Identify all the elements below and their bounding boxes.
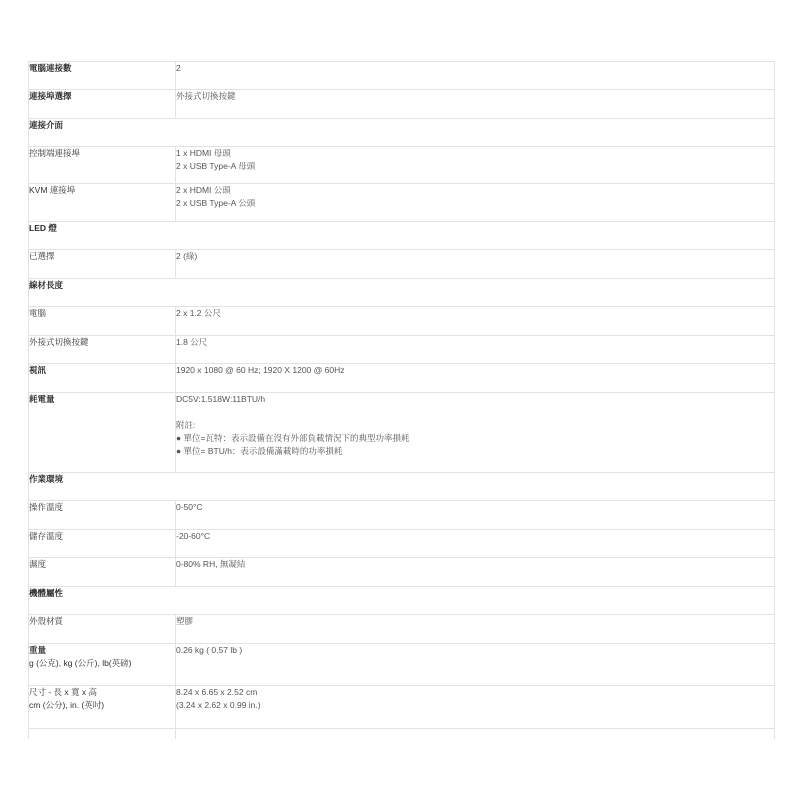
value-line: (3.24 x 2.62 x 0.99 in.) [176, 699, 774, 712]
value-line: 1 x HDMI 母頭 [176, 147, 774, 160]
section-heading: 線材長度 [29, 279, 775, 307]
spec-row-cable-switch: 外接式切換按鍵 1.8 公尺 [29, 336, 775, 364]
weight-units: g (公克), kg (公斤), lb(英磅) [29, 657, 175, 670]
spec-label: 外殼材質 [29, 615, 176, 644]
section-heading: 連接介面 [29, 119, 775, 147]
note-title: 附註: [176, 419, 774, 432]
spec-value: 0.26 kg ( 0.57 lb ) [176, 644, 775, 686]
spec-row-housing: 外殼材質 塑膠 [29, 615, 775, 644]
value-line: 2 x USB Type-A 公頭 [176, 197, 774, 210]
spec-section-physical: 機體屬性 [29, 587, 775, 615]
spec-row-cutoff [29, 729, 775, 739]
value-line: 2 x HDMI 公頭 [176, 184, 774, 197]
spec-row-power-consumption: 耗電量 DC5V:1.518W:11BTU/h 附註: ● 單位=瓦特：表示設備… [29, 393, 775, 473]
spec-row-port-selection: 連接埠選擇 外接式切換按鍵 [29, 90, 775, 119]
spec-label: 電腦 [29, 307, 176, 336]
section-heading: 作業環境 [29, 473, 775, 501]
weight-label: 重量 [29, 644, 175, 657]
dimensions-units: cm (公分), in. (英吋) [29, 699, 175, 712]
spec-label: KVM 連接埠 [29, 184, 176, 222]
spec-value: 塑膠 [176, 615, 775, 644]
spec-value: 1.8 公尺 [176, 336, 775, 364]
spec-row-operating-temp: 操作溫度 0-50°C [29, 501, 775, 530]
spec-value: 0-80% RH, 無凝結 [176, 558, 775, 587]
spec-row-computer-connections: 電腦連接數 2 [29, 62, 775, 90]
spec-value: 0-50°C [176, 501, 775, 530]
spec-table: 電腦連接數 2 連接埠選擇 外接式切換按鍵 連接介面 控制端連接埠 1 x HD… [28, 61, 775, 739]
spec-section-cable-length: 線材長度 [29, 279, 775, 307]
spec-value: DC5V:1.518W:11BTU/h 附註: ● 單位=瓦特：表示設備在沒有外… [176, 393, 775, 473]
spec-label: 尺寸 - 長 x 寬 x 高 cm (公分), in. (英吋) [29, 686, 176, 729]
spec-value: 2 x HDMI 公頭 2 x USB Type-A 公頭 [176, 184, 775, 222]
spec-label: 視訊 [29, 364, 176, 393]
dimensions-label: 尺寸 - 長 x 寬 x 高 [29, 686, 175, 699]
spec-label: 連接埠選擇 [29, 90, 176, 119]
spec-value: 外接式切換按鍵 [176, 90, 775, 119]
section-heading: 機體屬性 [29, 587, 775, 615]
spec-row-humidity: 濕度 0-80% RH, 無凝結 [29, 558, 775, 587]
spec-value: 1 x HDMI 母頭 2 x USB Type-A 母頭 [176, 147, 775, 184]
bullet-icon: ● [176, 433, 181, 443]
spec-value: 2 [176, 62, 775, 90]
value-line: 8.24 x 6.65 x 2.52 cm [176, 686, 774, 699]
spec-row-console-ports: 控制端連接埠 1 x HDMI 母頭 2 x USB Type-A 母頭 [29, 147, 775, 184]
value-line: DC5V:1.518W:11BTU/h [176, 393, 774, 406]
spec-value: 2 (綠) [176, 250, 775, 279]
value-line: 2 x USB Type-A 母頭 [176, 160, 774, 173]
spec-label: 控制端連接埠 [29, 147, 176, 184]
spec-row-led-selected: 已選擇 2 (綠) [29, 250, 775, 279]
spec-label: 操作溫度 [29, 501, 176, 530]
spec-label: 已選擇 [29, 250, 176, 279]
spec-value: 8.24 x 6.65 x 2.52 cm (3.24 x 2.62 x 0.9… [176, 686, 775, 729]
spec-row-dimensions: 尺寸 - 長 x 寬 x 高 cm (公分), in. (英吋) 8.24 x … [29, 686, 775, 729]
spec-value: 2 x 1.2 公尺 [176, 307, 775, 336]
spec-label: 重量 g (公克), kg (公斤), lb(英磅) [29, 644, 176, 686]
spec-row-cable-computer: 電腦 2 x 1.2 公尺 [29, 307, 775, 336]
spec-row-video: 視訊 1920 x 1080 @ 60 Hz; 1920 X 1200 @ 60… [29, 364, 775, 393]
bullet-icon: ● [176, 446, 181, 456]
spec-label: 電腦連接數 [29, 62, 176, 90]
spec-section-environment: 作業環境 [29, 473, 775, 501]
spec-row-weight: 重量 g (公克), kg (公斤), lb(英磅) 0.26 kg ( 0.5… [29, 644, 775, 686]
note-bullet: ● 單位=瓦特：表示設備在沒有外部負載情況下的典型功率損耗 [176, 432, 774, 445]
spec-section-led: LED 燈 [29, 222, 775, 250]
spec-value: -20-60°C [176, 530, 775, 558]
spec-row-kvm-ports: KVM 連接埠 2 x HDMI 公頭 2 x USB Type-A 公頭 [29, 184, 775, 222]
spec-label: 耗電量 [29, 393, 176, 473]
note-bullet: ● 單位= BTU/h：表示設備滿載時的功率損耗 [176, 445, 774, 458]
spec-row-storage-temp: 儲存溫度 -20-60°C [29, 530, 775, 558]
spec-section-connectors: 連接介面 [29, 119, 775, 147]
spec-label: 外接式切換按鍵 [29, 336, 176, 364]
spec-value: 1920 x 1080 @ 60 Hz; 1920 X 1200 @ 60Hz [176, 364, 775, 393]
spec-label: 儲存溫度 [29, 530, 176, 558]
section-heading: LED 燈 [29, 222, 775, 250]
spec-label: 濕度 [29, 558, 176, 587]
